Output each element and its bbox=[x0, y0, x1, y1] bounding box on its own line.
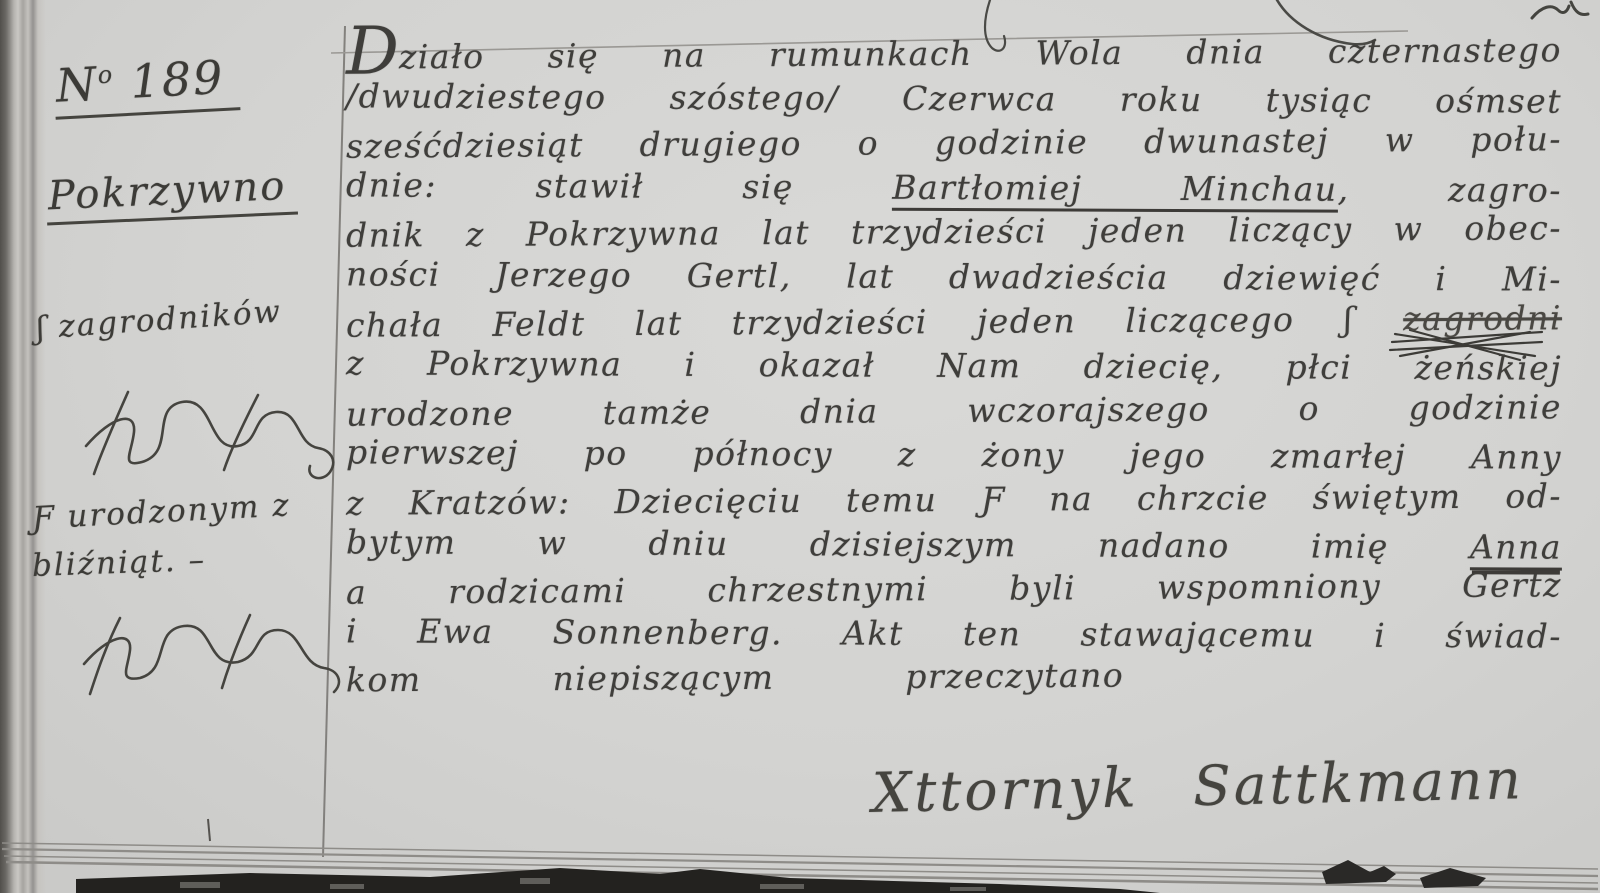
entry-number-value: 189 bbox=[129, 50, 226, 109]
text-line: /dwudziestego szóstego/ Czerwca roku tys… bbox=[346, 76, 1562, 126]
bottom-right-ink-clump-1 bbox=[1322, 860, 1396, 884]
bottom-right-ink-clump-2 bbox=[1420, 868, 1486, 888]
record-text-block: Działo się na rumunkach Wola dnia cztern… bbox=[346, 34, 1562, 703]
text-line: kom niepiszącym przeczytano bbox=[346, 656, 1124, 705]
margin-correction-1: ʃ zagrodników bbox=[35, 293, 283, 346]
text-segment: pierwszej po północy z żony jego zmarłej… bbox=[346, 433, 1562, 477]
text-segment: chała Feldt lat trzydzieści jeden licząc… bbox=[346, 299, 1403, 344]
entry-number-prefix: N bbox=[55, 57, 100, 113]
margin-signature-paraph-2 bbox=[84, 615, 339, 694]
text-segment: dnie: stawił się bbox=[346, 165, 892, 206]
text-segment: bytym w dniu dzisiejszym nadano imię bbox=[346, 522, 1470, 566]
text-line: pierwszej po północy z żony jego zmarłej… bbox=[346, 433, 1562, 483]
place-name: Pokrzywno bbox=[45, 163, 298, 226]
text-segment: sześćdziesiąt drugiego o godzinie dwunas… bbox=[346, 119, 1562, 165]
text-segment: urodzone tamże dnia wczorajszego o godzi… bbox=[346, 387, 1562, 433]
bottom-rule-lines bbox=[2, 843, 1598, 889]
text-segment: ności Jerzego Gertl, lat dwadzieścia dzi… bbox=[346, 254, 1562, 298]
entry-number: No189 bbox=[53, 49, 240, 120]
text-line: Działo się na rumunkach Wola dnia cztern… bbox=[346, 30, 1562, 82]
text-segment: z Pokrzywna i okazał Nam dziecię, płci ż… bbox=[346, 344, 1562, 388]
text-segment: dnik z Pokrzywna lat trzydzieści jeden l… bbox=[346, 209, 1562, 255]
text-line: urodzone tamże dnia wczorajszego o godzi… bbox=[346, 387, 1562, 439]
bottom-band-speckles bbox=[180, 878, 986, 891]
book-binding-edge bbox=[0, 0, 46, 893]
struck-word: zagrodni bbox=[1403, 298, 1562, 338]
text-line: i Ewa Sonnenberg. Akt ten stawającemu i … bbox=[346, 611, 1562, 661]
text-line: chała Feldt lat trzydzieści jeden licząc… bbox=[346, 298, 1562, 350]
text-line: dnik z Pokrzywna lat trzydzieści jeden l… bbox=[346, 209, 1562, 261]
text-segment: z Kratzów: Dziecięciu temu Ƒ na chrzcie … bbox=[346, 476, 1562, 522]
text-segment: kom niepiszącym przeczytano bbox=[346, 656, 1124, 700]
text-segment: a rodzicami chrzestnymi byli wspomniony … bbox=[346, 565, 1562, 611]
underlined-father-name: Bartłomiej Minchau bbox=[892, 168, 1338, 213]
margin-signature-paraph-1 bbox=[86, 392, 333, 478]
column-rule-line bbox=[323, 26, 345, 857]
corner-ink-fragment bbox=[1532, 2, 1588, 18]
text-segment: ziało się na rumunkach Wola dnia czterna… bbox=[399, 30, 1562, 76]
text-line: ności Jerzego Gertl, lat dwadzieścia dzi… bbox=[346, 254, 1562, 304]
text-line: z Pokrzywna i okazał Nam dziecię, płci ż… bbox=[346, 344, 1562, 394]
text-line: bytym w dniu dzisiejszym nadano imię Ann… bbox=[346, 522, 1562, 572]
underlined-child-name: Anna bbox=[1470, 527, 1562, 570]
bottom-dark-band bbox=[76, 868, 1160, 893]
text-segment: /dwudziestego szóstego/ Czerwca roku tys… bbox=[346, 76, 1562, 120]
register-page-scan: No189 Pokrzywno ʃ zagrodników Ƒ urodzony… bbox=[0, 0, 1600, 893]
registrar-signature: Xttornyk Sattkmann bbox=[871, 747, 1524, 825]
text-line: sześćdziesiąt drugiego o godzinie dwunas… bbox=[346, 119, 1562, 171]
text-line: dnie: stawił się Bartłomiej Minchau, zag… bbox=[346, 165, 1562, 215]
text-line: a rodzicami chrzestnymi byli wspomniony … bbox=[346, 565, 1562, 617]
margin-correction-2-line2: bliźniąt. – bbox=[31, 542, 206, 584]
text-segment: i Ewa Sonnenberg. Akt ten stawającemu i … bbox=[346, 611, 1562, 655]
text-segment: , zagro- bbox=[1338, 169, 1563, 209]
stray-ink-tick bbox=[208, 819, 210, 841]
text-line: z Kratzów: Dziecięciu temu Ƒ na chrzcie … bbox=[346, 476, 1562, 528]
entry-number-ordinal: o bbox=[97, 60, 115, 89]
margin-correction-2-line1: Ƒ urodzonym z bbox=[31, 487, 291, 536]
